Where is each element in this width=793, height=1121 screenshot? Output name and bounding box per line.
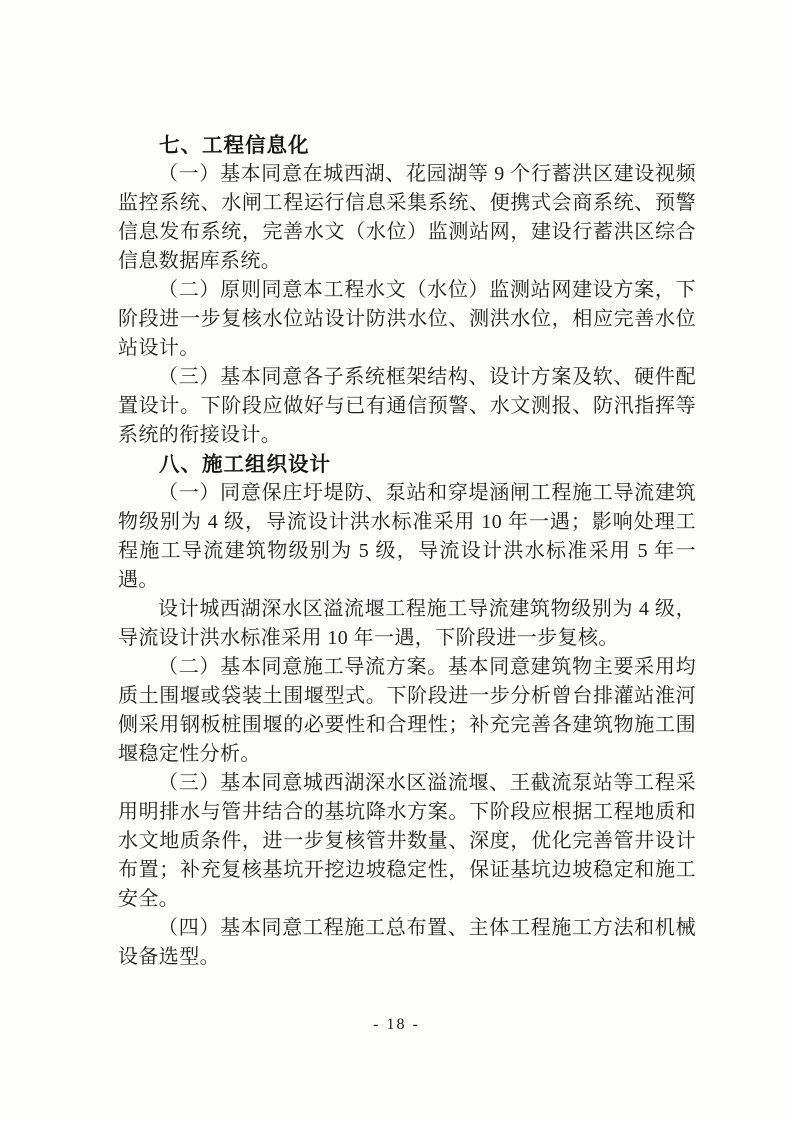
- paragraph-8-4: （四）基本同意工程施工总布置、主体工程施工方法和机械设备选型。: [118, 914, 696, 972]
- section-heading-8-construction-organization-design: 八、施工组织设计: [118, 450, 696, 479]
- paragraph-8-1: （一）同意保庄圩堤防、泵站和穿堤涵闸工程施工导流建筑物级别为 4 级，导流设计洪…: [118, 479, 696, 595]
- paragraph-8-2: （二）基本同意施工导流方案。基本同意建筑物主要采用均质土围堰或袋装土围堰型式。下…: [118, 653, 696, 769]
- section-heading-7-engineering-informatization: 七、工程信息化: [118, 131, 696, 160]
- paragraph-7-1: （一）基本同意在城西湖、花园湖等 9 个行蓄洪区建设视频监控系统、水闸工程运行信…: [118, 160, 696, 276]
- page-number: - 18 -: [373, 1016, 420, 1033]
- paragraph-8-3: （三）基本同意城西湖深水区溢流堰、王截流泵站等工程采用明排水与管井结合的基坑降水…: [118, 769, 696, 914]
- document-page: 七、工程信息化 （一）基本同意在城西湖、花园湖等 9 个行蓄洪区建设视频监控系统…: [0, 0, 793, 1121]
- paragraph-7-3: （三）基本同意各子系统框架结构、设计方案及软、硬件配置设计。下阶段应做好与已有通…: [118, 363, 696, 450]
- paragraph-8-1-continued: 设计城西湖深水区溢流堰工程施工导流建筑物级别为 4 级，导流设计洪水标准采用 1…: [118, 595, 696, 653]
- document-body: 七、工程信息化 （一）基本同意在城西湖、花园湖等 9 个行蓄洪区建设视频监控系统…: [118, 131, 696, 972]
- page-footer: - 18 -: [0, 1016, 793, 1034]
- paragraph-7-2: （二）原则同意本工程水文（水位）监测站网建设方案，下阶段进一步复核水位站设计防洪…: [118, 276, 696, 363]
